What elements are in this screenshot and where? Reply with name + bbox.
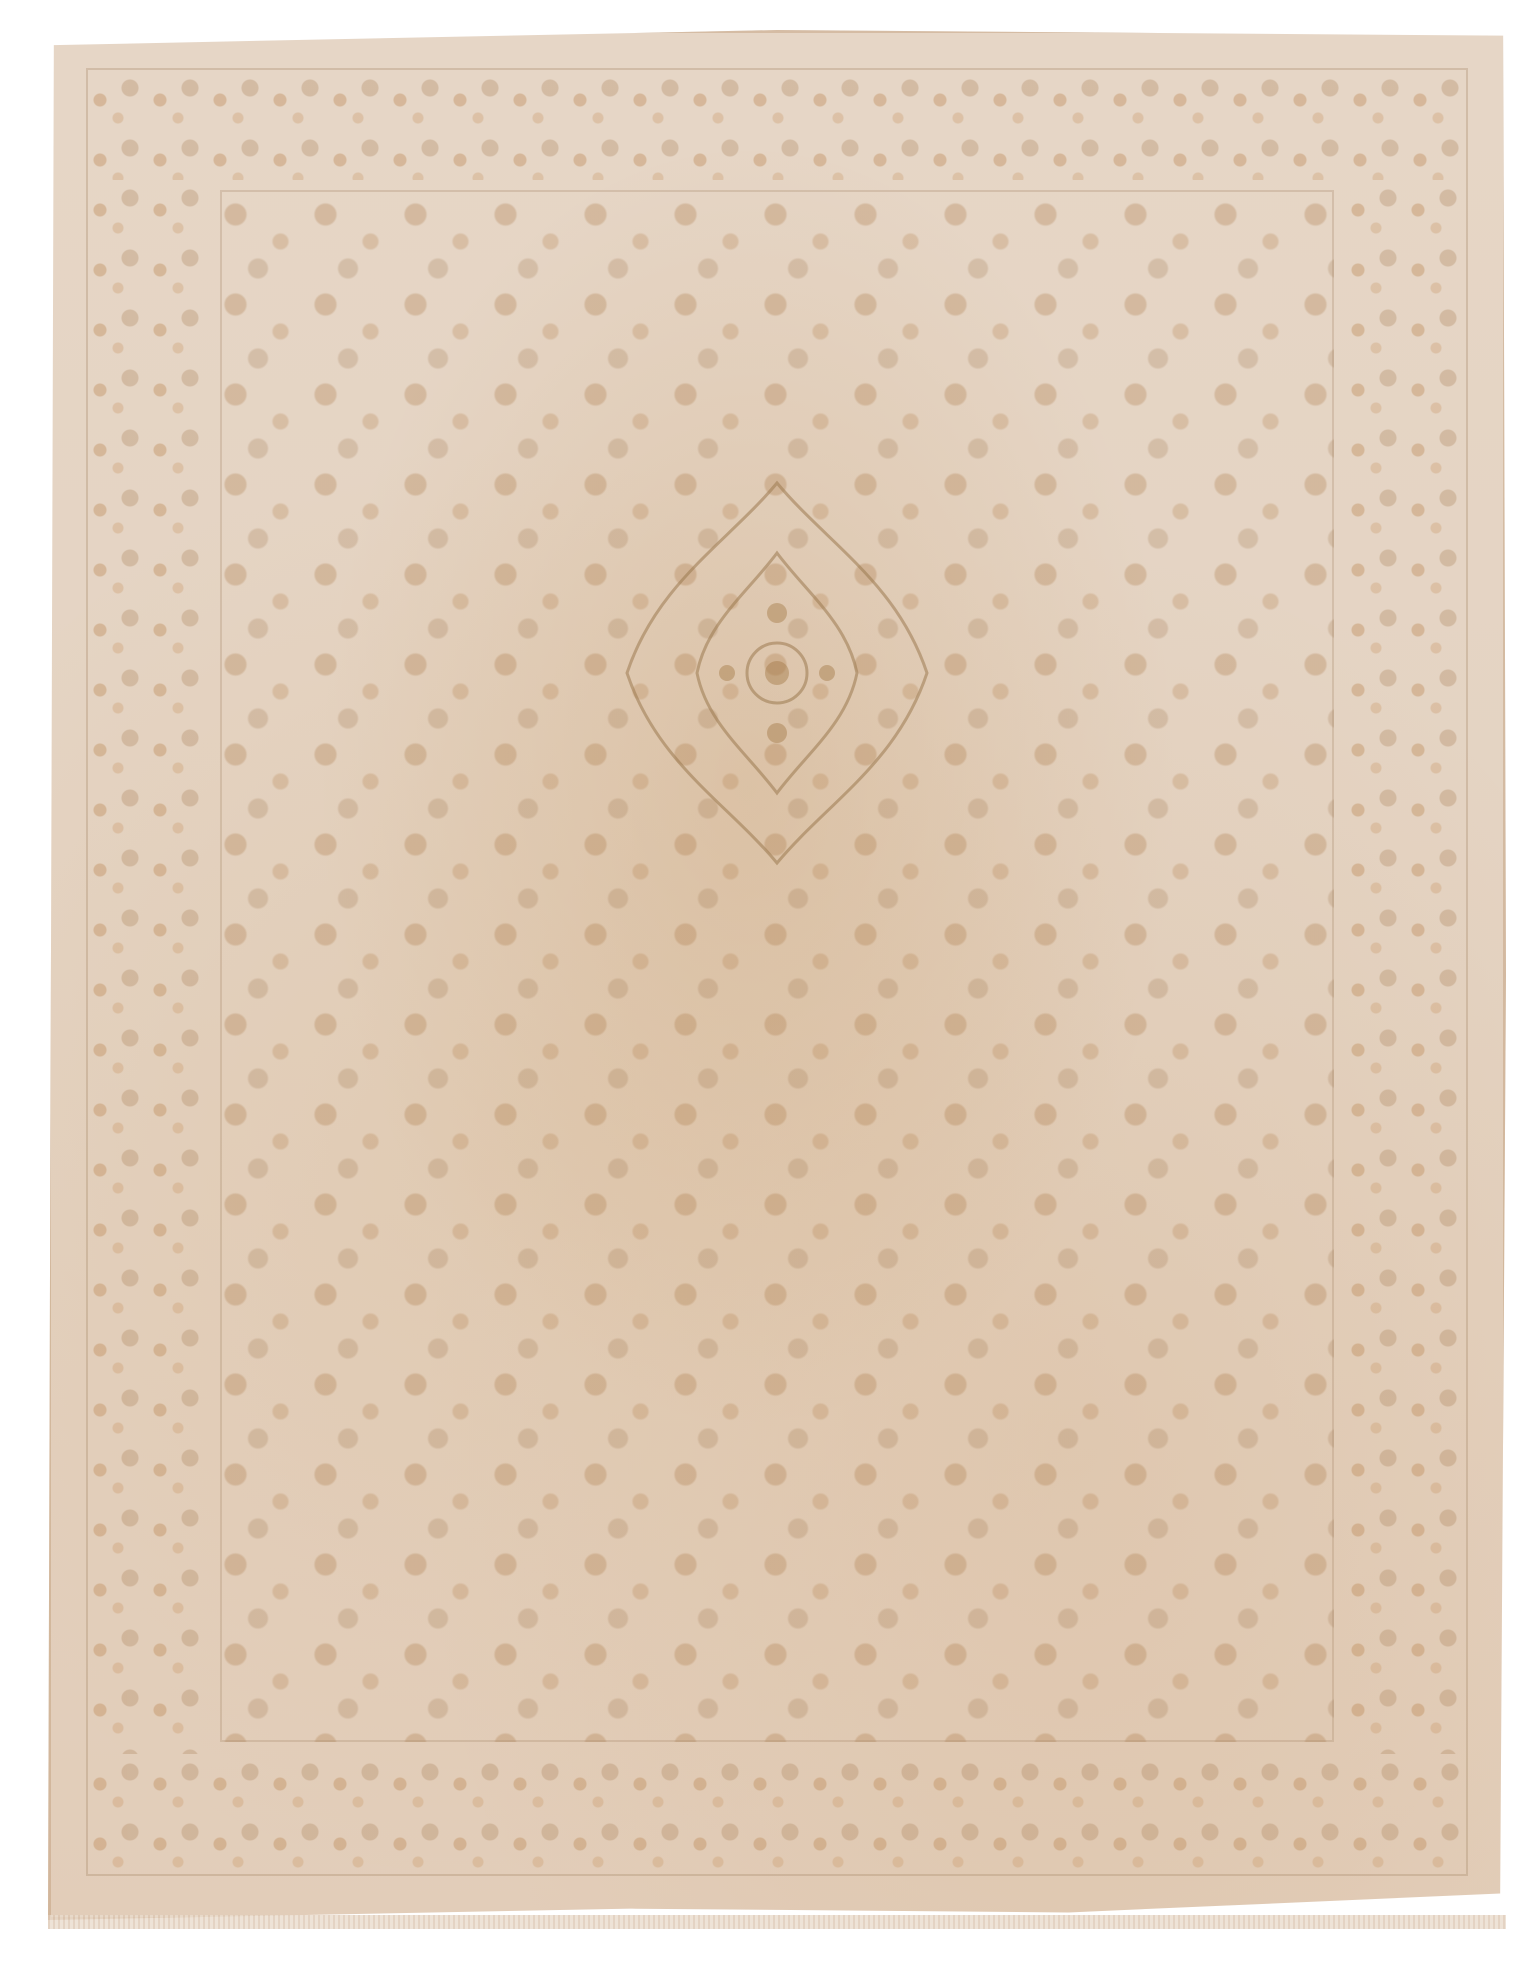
rug	[48, 30, 1506, 1920]
rug-field	[220, 190, 1334, 1742]
photo-canvas	[0, 0, 1526, 1963]
rug-medallion	[597, 463, 957, 883]
rug-fringe	[48, 1915, 1506, 1929]
